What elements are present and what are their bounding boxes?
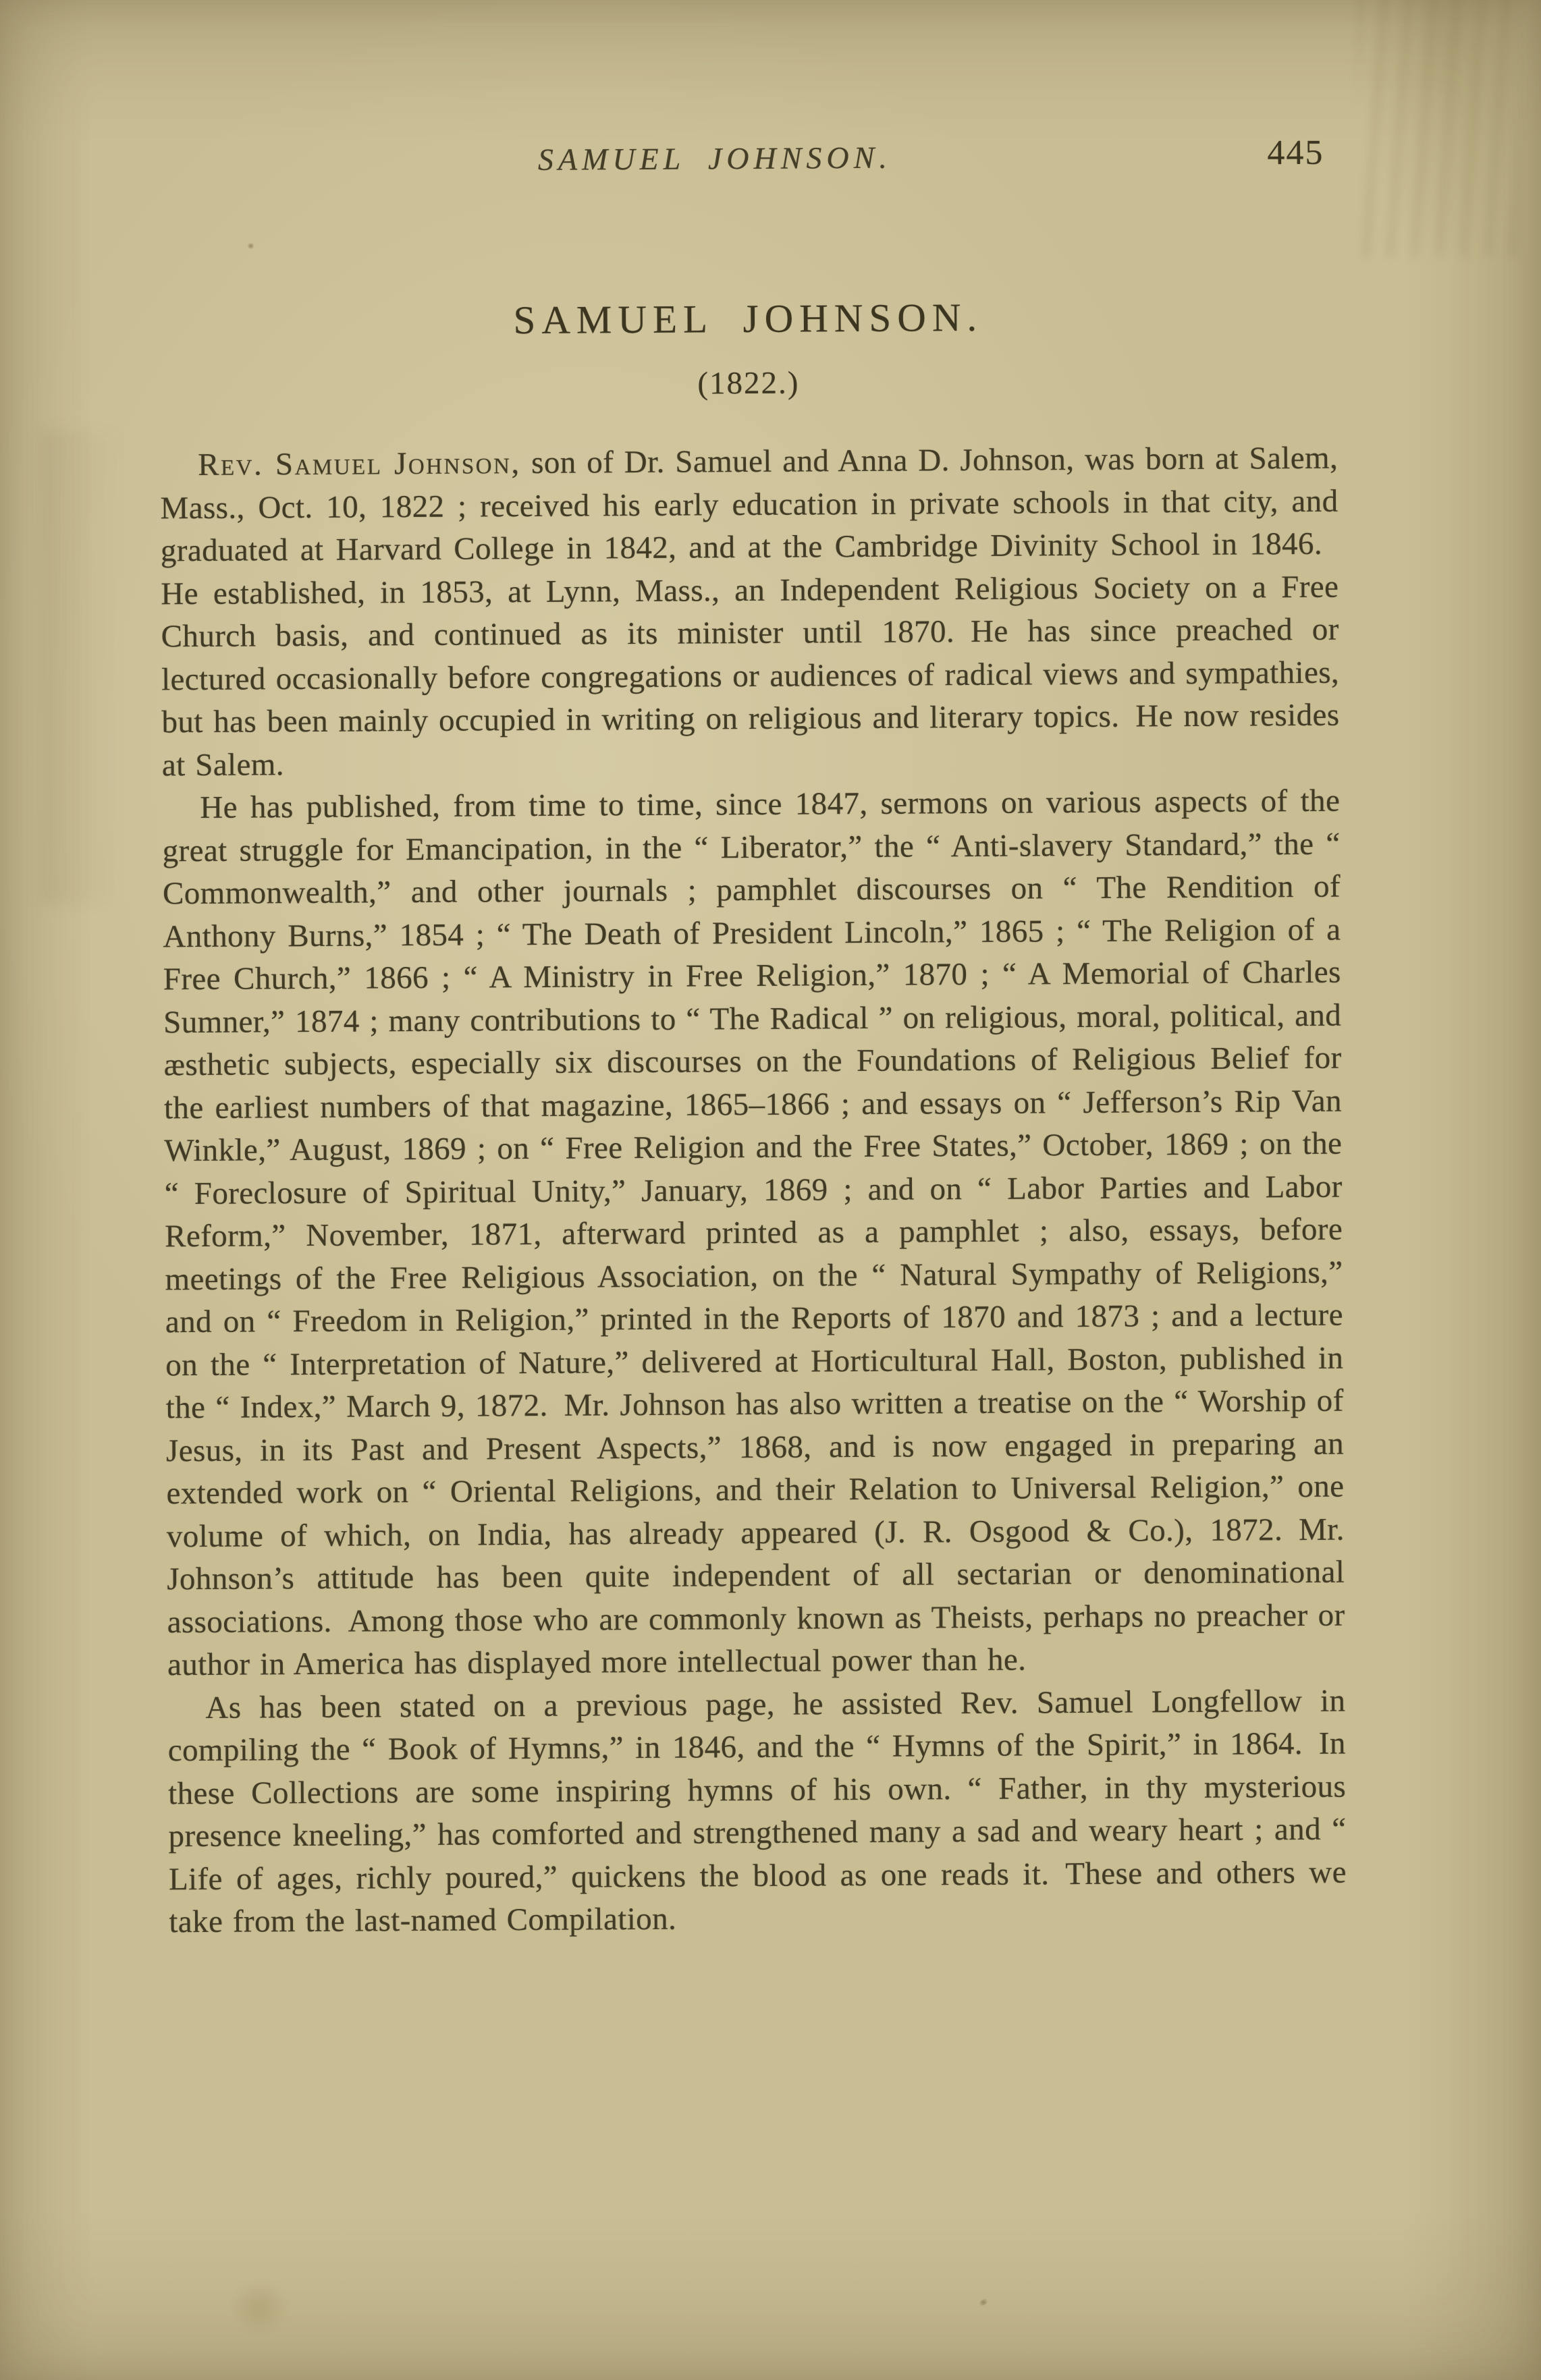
paragraph-3-text: As has been stated on a previous page, h… [168,1683,1347,1939]
chapter-title: SAMUEL JOHNSON. [159,292,1337,346]
paragraph-2: He has published, from time to time, sin… [162,780,1345,1687]
page-content: SAMUEL JOHNSON. 445 SAMUEL JOHNSON. (182… [157,0,1347,1944]
paper-stain [1357,0,1519,256]
page-number: 445 [1267,133,1324,173]
running-header: SAMUEL JOHNSON. 445 [158,137,1336,186]
paper-stain [977,2297,990,2308]
paragraph-1-text: son of Dr. Samuel and Anna D. Johnson, w… [160,441,1339,783]
book-page: SAMUEL JOHNSON. 445 SAMUEL JOHNSON. (182… [0,0,1541,2380]
running-header-title: SAMUEL JOHNSON. [126,137,1303,180]
paper-stain [40,432,121,904]
paragraph-1-lead: Rev. Samuel Johnson, [198,445,521,482]
paragraph-3: As has been stated on a previous page, h… [167,1680,1347,1944]
paragraph-2-text: He has published, from time to time, sin… [163,783,1345,1683]
body-text: Rev. Samuel Johnson, son of Dr. Samuel a… [160,437,1347,1944]
paragraph-1: Rev. Samuel Johnson, son of Dr. Samuel a… [160,437,1340,787]
paper-stain [229,2281,290,2335]
chapter-subtitle: (1822.) [159,362,1337,406]
